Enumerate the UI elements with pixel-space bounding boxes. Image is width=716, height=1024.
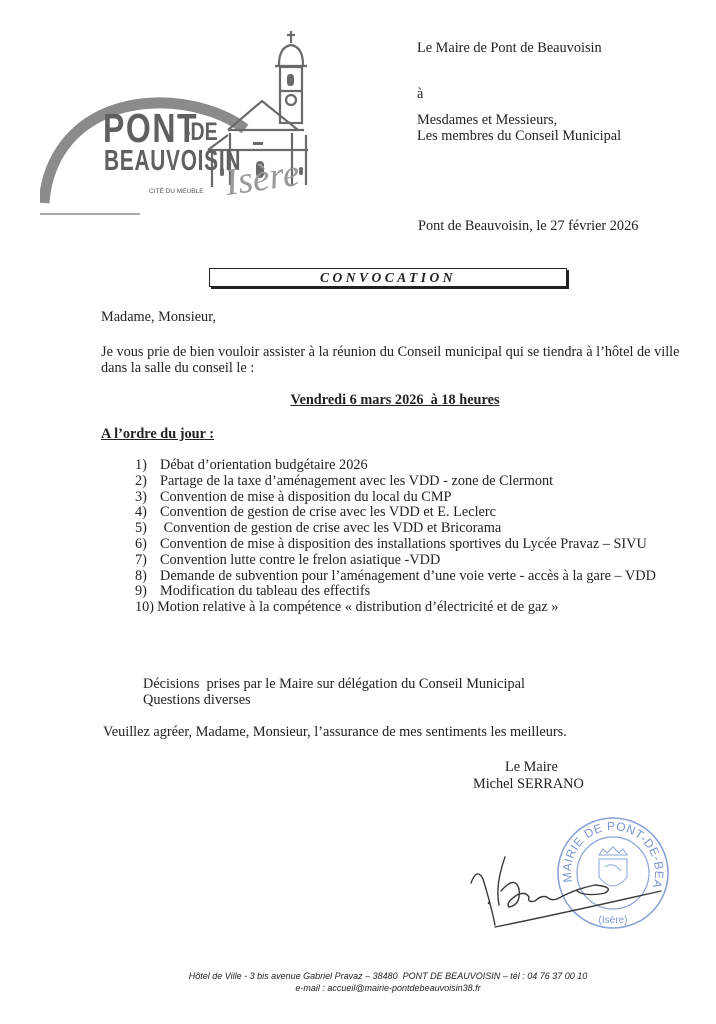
addressee-prefix: à — [417, 86, 423, 103]
recipient-line: Mesdames et Messieurs, — [417, 112, 557, 129]
agenda-item: 7)Convention lutte contre le frelon asia… — [135, 552, 656, 568]
agenda-heading: A l’ordre du jour : — [101, 426, 214, 443]
agenda-item: 3)Convention de mise à disposition du lo… — [135, 489, 656, 505]
body-text: dans la salle du conseil le : — [101, 360, 254, 377]
signatory-title: Le Maire — [505, 759, 558, 776]
agenda-item: 5) Convention de gestion de crise avec l… — [135, 520, 656, 536]
decisions-line: Décisions prises par le Maire sur déléga… — [143, 676, 525, 693]
meeting-date-container: Vendredi 6 mars 2026 à 18 heures — [0, 392, 716, 409]
agenda-list: 1)Débat d’orientation budgétaire 2026 2)… — [135, 457, 656, 615]
signature-icon — [465, 845, 665, 930]
meeting-date: Vendredi 6 mars 2026 à 18 heures — [290, 392, 499, 408]
questions-line: Questions diverses — [143, 692, 251, 709]
sender: Le Maire de Pont de Beauvoisin — [417, 40, 602, 57]
logo-text-de: -DE — [184, 118, 218, 146]
signatory-name: Michel SERRANO — [473, 776, 584, 793]
footer-email[interactable]: e-mail : accueil@mairie-pontdebeauvoisin… — [0, 983, 716, 994]
place-date: Pont de Beauvoisin, le 27 février 2026 — [418, 218, 638, 235]
recipient-line: Les membres du Conseil Municipal — [417, 128, 621, 145]
agenda-item: 2)Partage de la taxe d’aménagement avec … — [135, 473, 656, 489]
agenda-item: 4)Convention de gestion de crise avec le… — [135, 504, 656, 520]
agenda-item: 1)Débat d’orientation budgétaire 2026 — [135, 457, 656, 473]
logo-text-beauvoisin: BEAUVOISIN — [104, 146, 241, 176]
document-title: CONVOCATION — [210, 269, 566, 286]
title-box: CONVOCATION — [209, 268, 567, 287]
footer-address: Hôtel de Ville - 3 bis avenue Gabriel Pr… — [0, 971, 716, 982]
closing: Veuillez agréer, Madame, Monsieur, l’ass… — [103, 724, 567, 741]
logo-tagline: CITÉ DU MEUBLE — [149, 188, 204, 196]
body-text: Je vous prie de bien vouloir assister à … — [101, 344, 680, 361]
greeting: Madame, Monsieur, — [101, 309, 216, 326]
agenda-item: 8)Demande de subvention pour l’aménageme… — [135, 568, 656, 584]
agenda-item: 9)Modification du tableau des effectifs — [135, 583, 656, 599]
agenda-item: 6)Convention de mise à disposition des i… — [135, 536, 656, 552]
agenda-item: 10)Motion relative à la compétence « dis… — [135, 599, 656, 615]
